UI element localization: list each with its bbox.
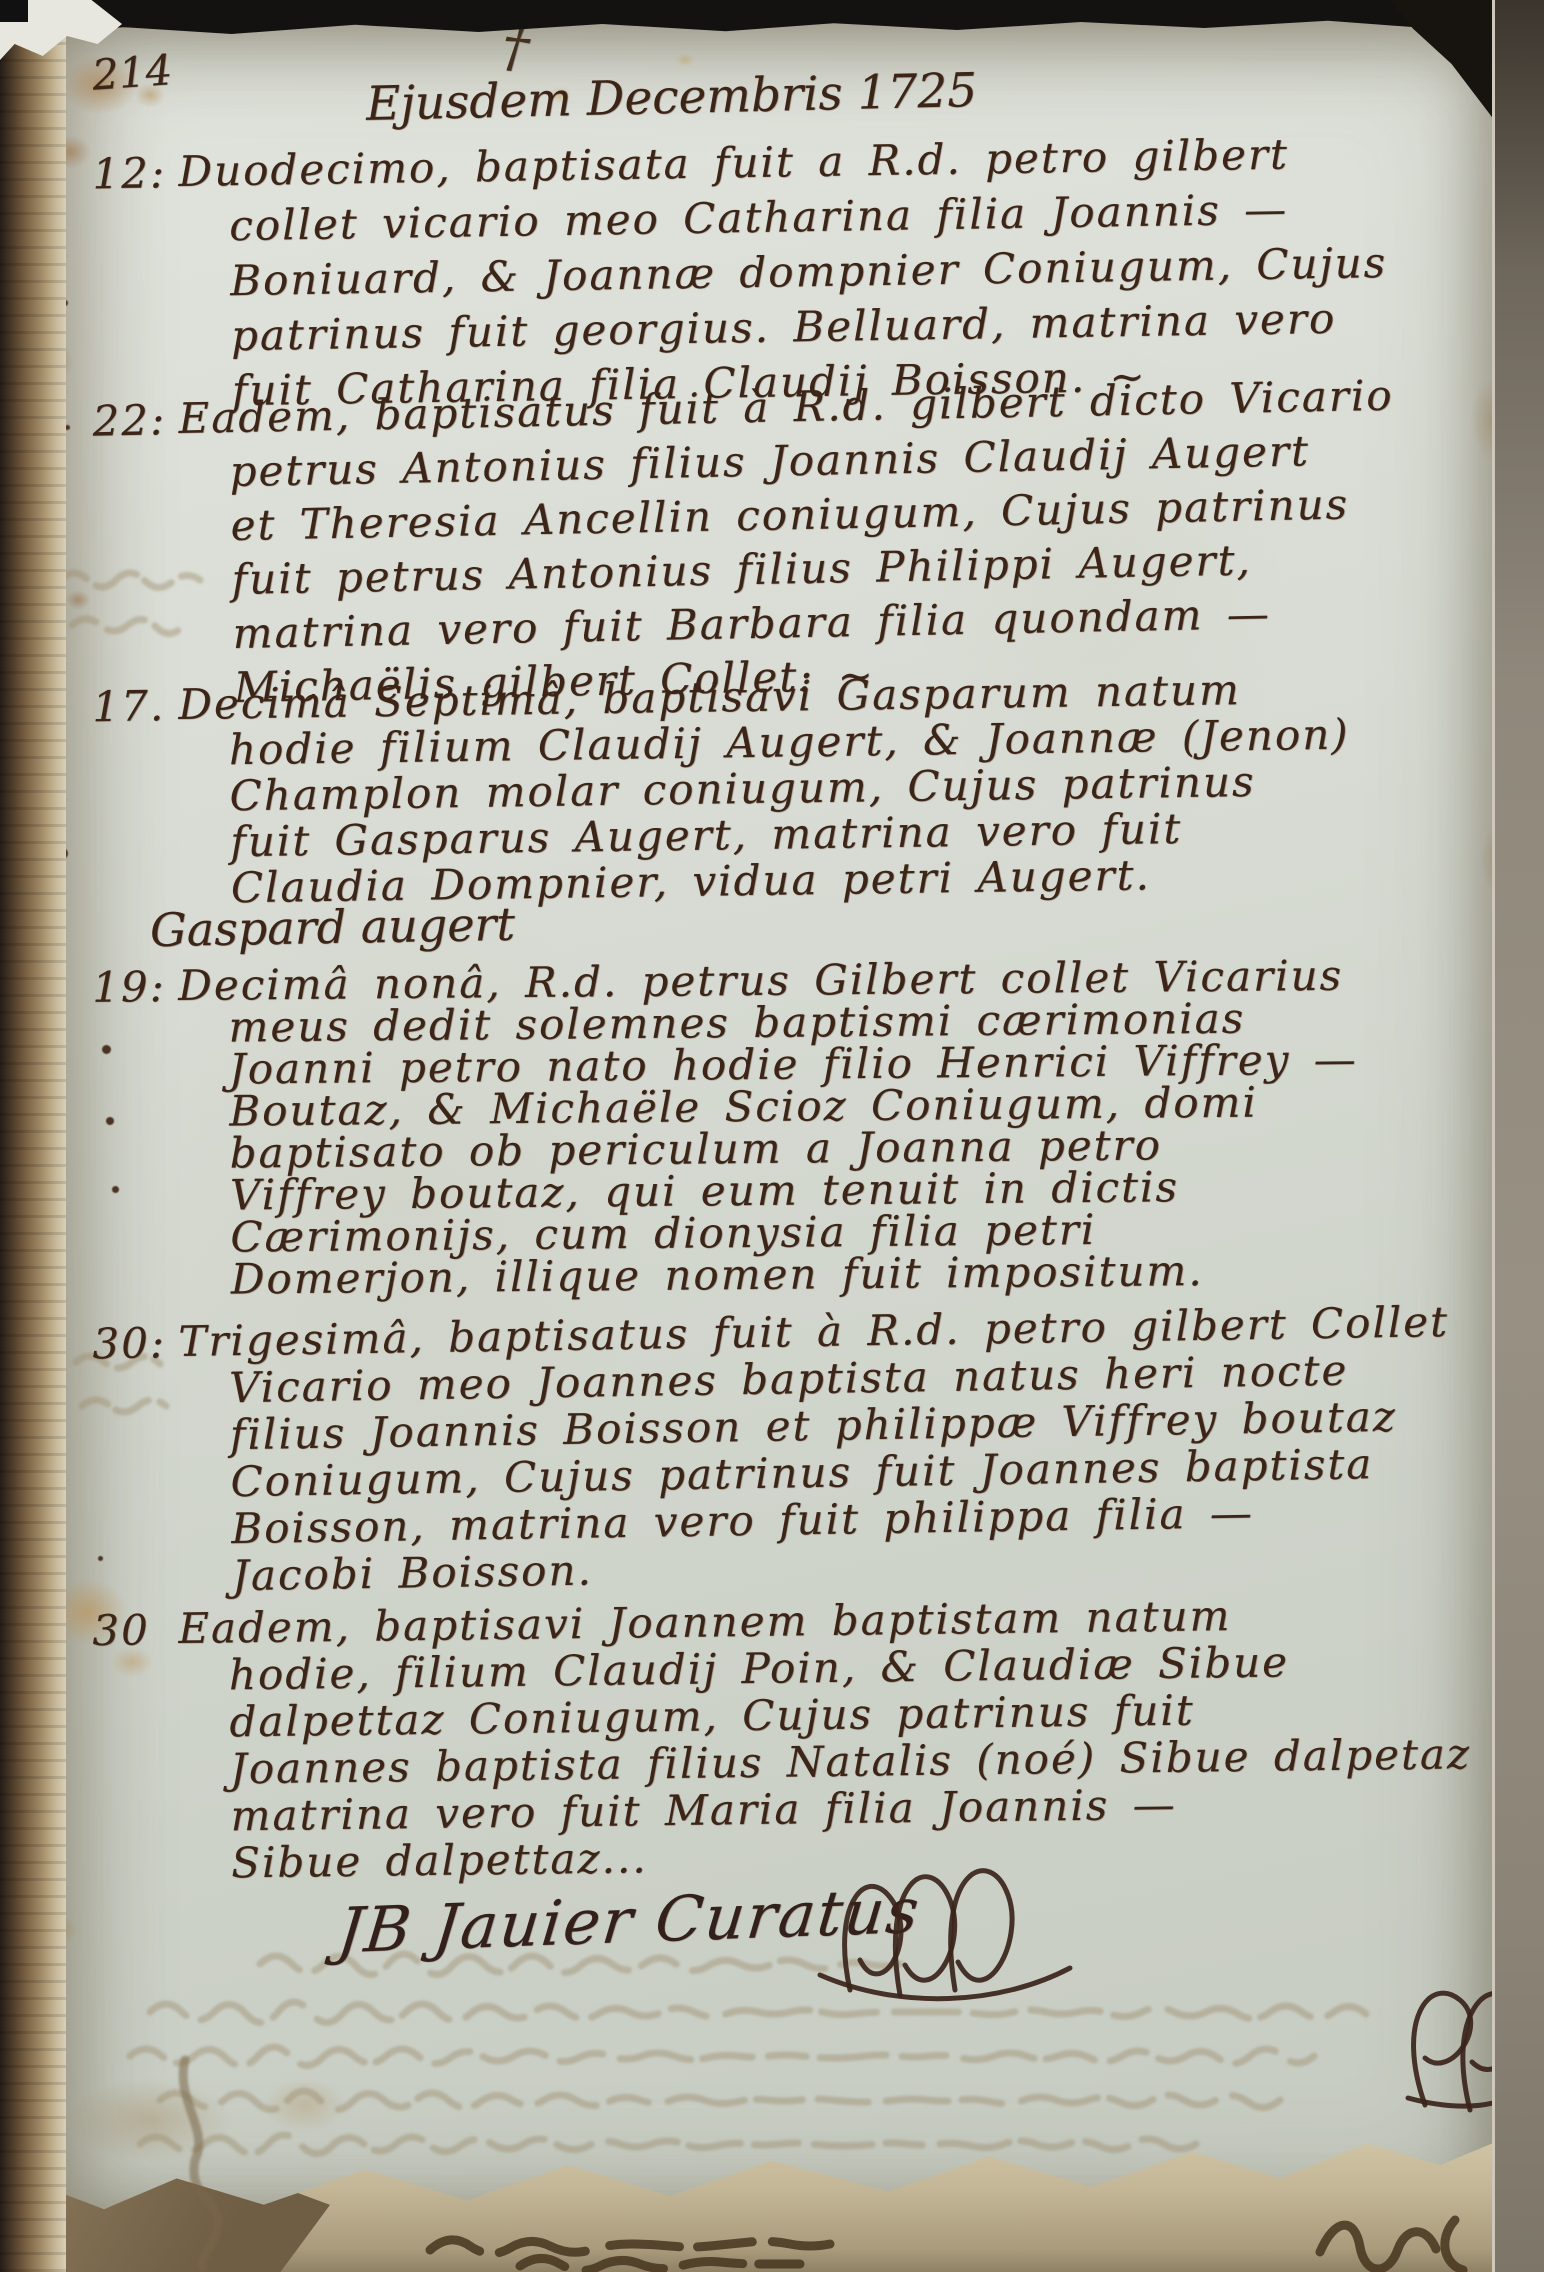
ink-dot [102,1045,111,1054]
page-number: 214 [90,45,173,99]
entry-day-number: 12: [92,145,166,201]
signature-paraph [810,1840,1090,2030]
photo-dark-notch-top-left [0,0,28,22]
entry-day-number: 30: [92,1319,166,1367]
entry-day-number: 22: [92,393,167,448]
baptism-entry-30a: 30: Trigesimâ, baptisatus fuit à R.d. pe… [178,1298,1453,1600]
ink-dot [112,1186,119,1193]
entry-day-number: 30 [92,1606,150,1654]
baptism-entry-19: 19: Decimâ nonâ, R.d. petrus Gilbert col… [178,955,1360,1301]
entry-day-number: 19: [92,966,166,1009]
entry-day-number: 17. [92,683,165,730]
book-binding-left-edge [0,0,66,2272]
baptism-entry-22: 22: Eadem, baptisatus fuit à R.d. gilber… [178,369,1399,716]
ink-dot [98,1556,103,1561]
margin-note-name: Gaspard augert [150,897,516,957]
photo-background: 214 † Ejusdem Decembris 1725 12: Duodeci… [0,0,1544,2272]
manuscript-line: Domerjon, illique nomen fuit impositum. [231,1249,1360,1301]
next-pages-right-edge [1492,0,1544,2272]
underlying-page-writing [0,2200,1544,2272]
baptism-entry-17: 17. Decimâ Septimâ, baptisavi Gasparum n… [178,666,1352,912]
ink-dot [106,1117,114,1125]
